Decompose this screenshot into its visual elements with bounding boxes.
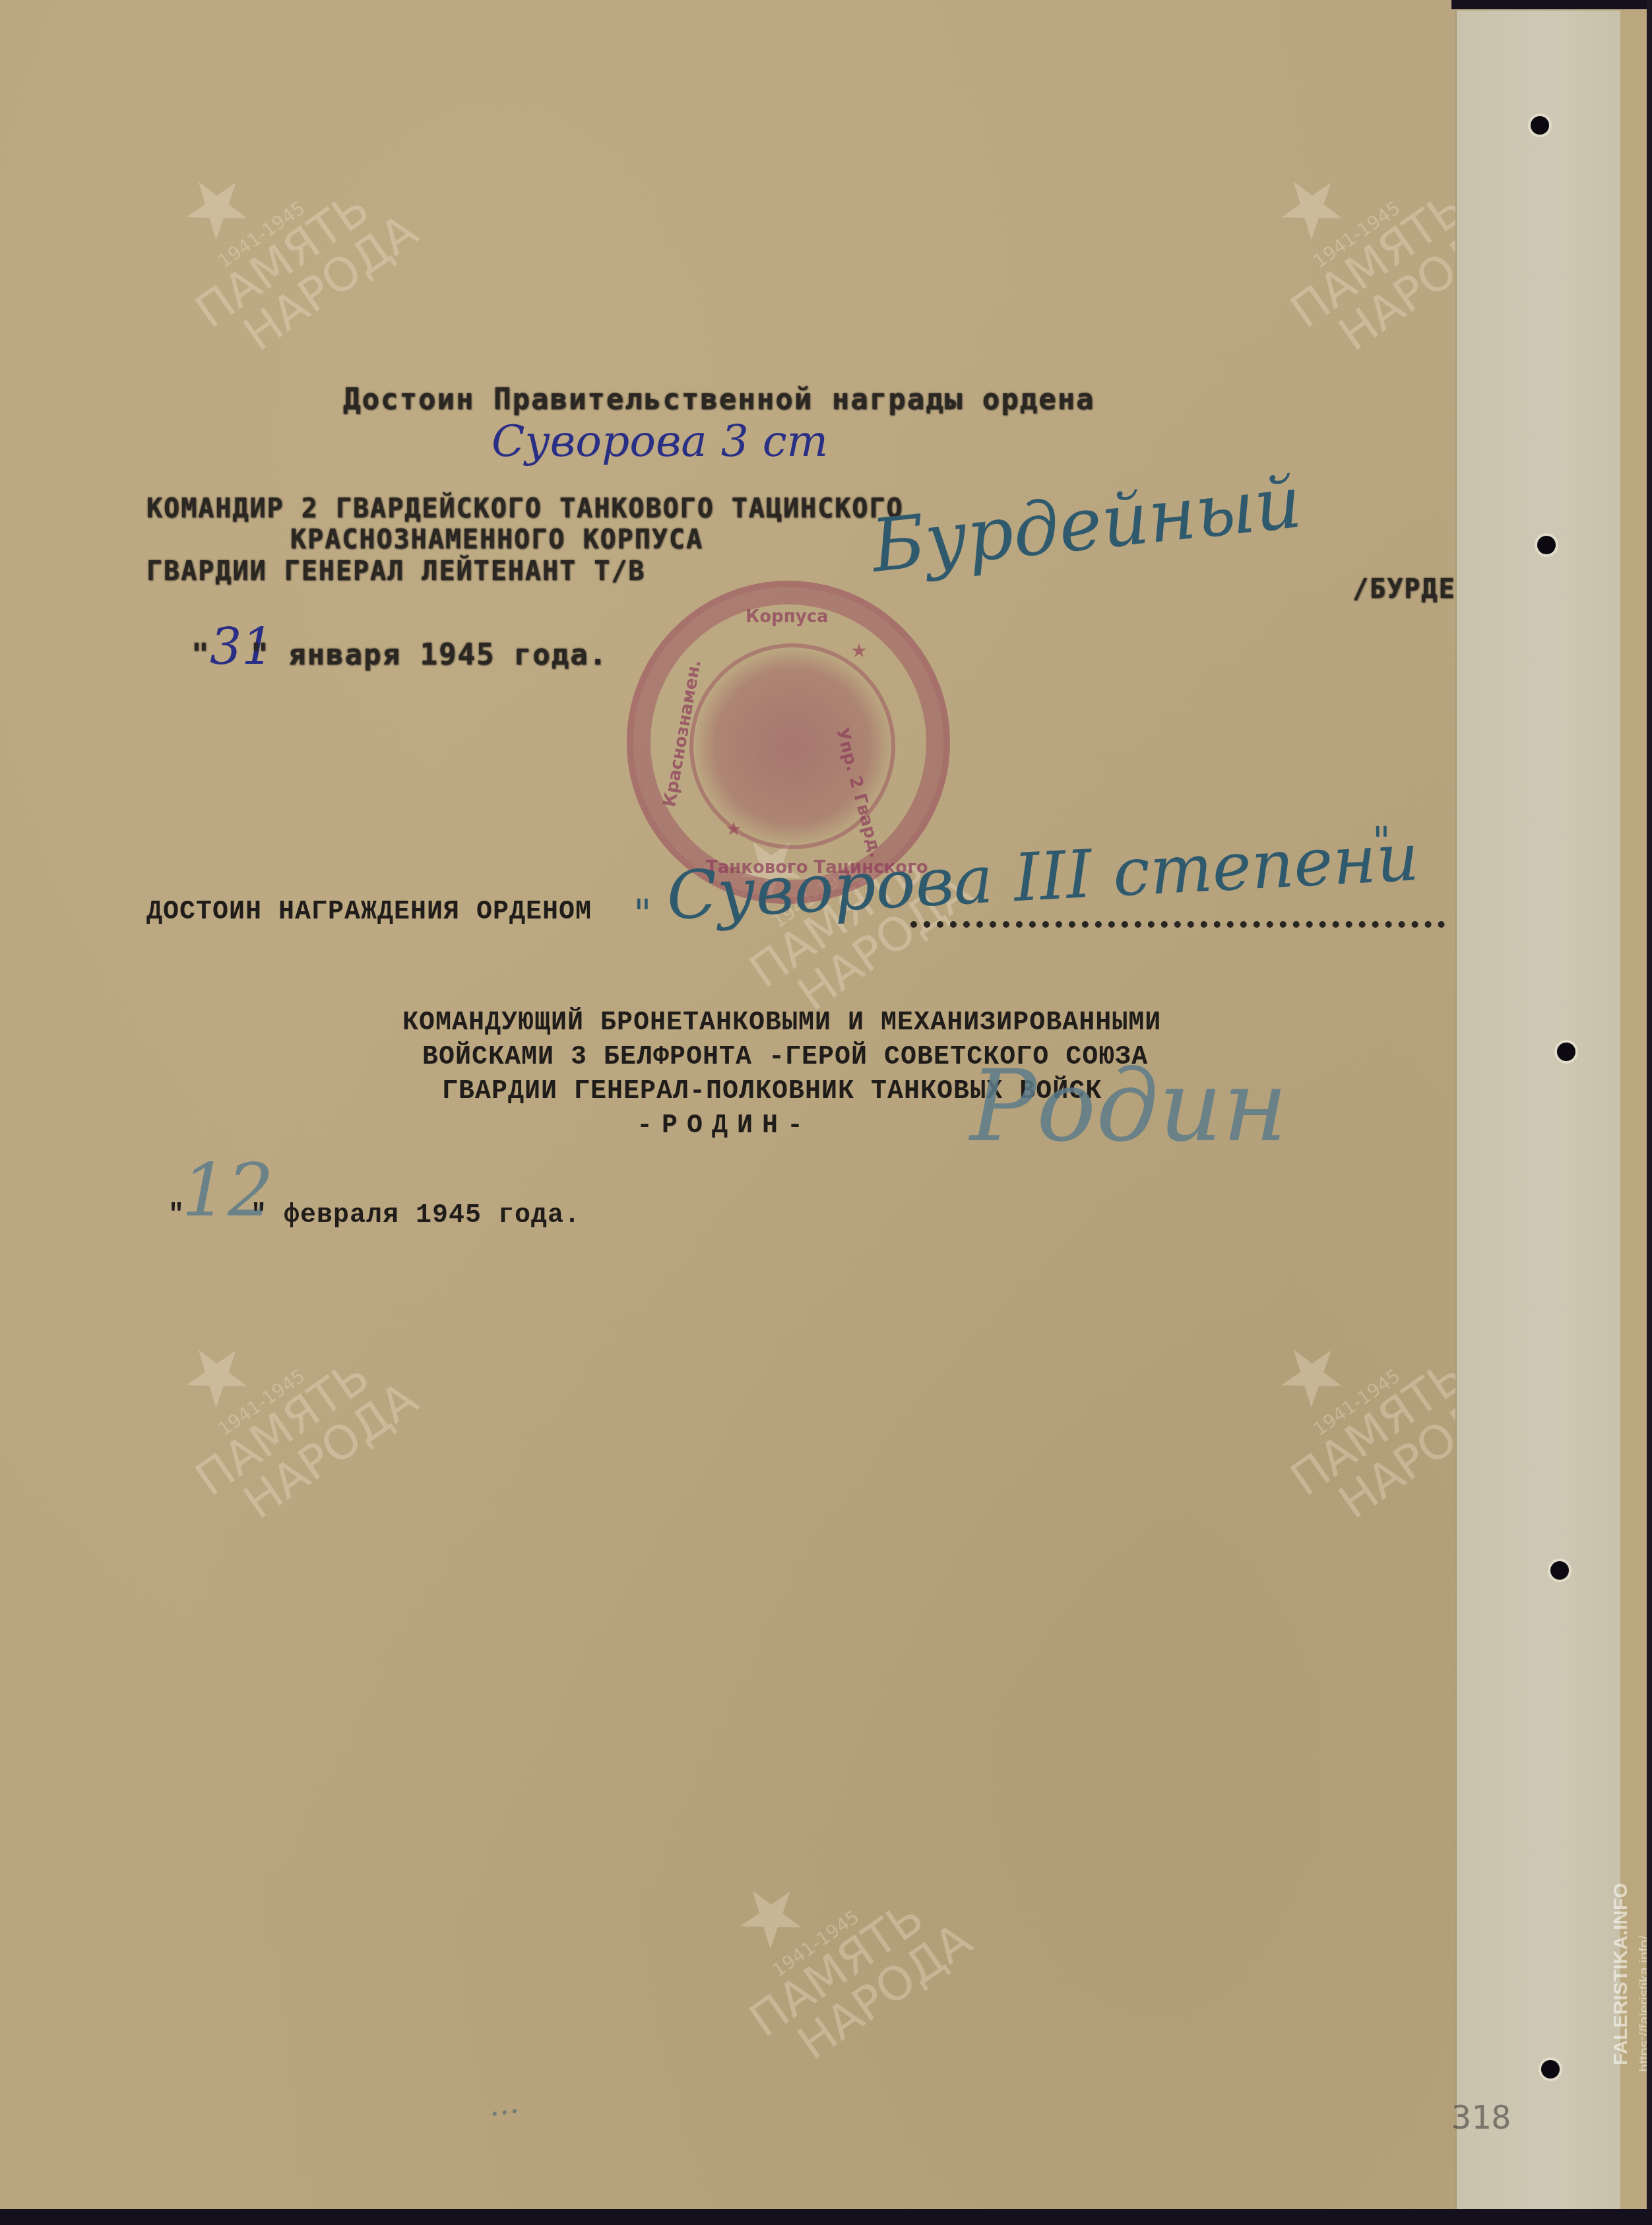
punch-hole (1531, 116, 1549, 135)
front-commander-signature: Родин (970, 1049, 1288, 1164)
star-icon: ★ (726, 812, 742, 842)
archive-number: 318 (1451, 2098, 1511, 2137)
commander-line-2: КРАСНОЗНАМЕННОГО КОРПУСА (290, 525, 703, 555)
commander-line-3: ГВАРДИИ ГЕНЕРАЛ ЛЕЙТЕНАНТ Т/В (146, 556, 645, 587)
punch-hole (1541, 2060, 1560, 2079)
punch-hole (1537, 536, 1556, 554)
scan-edge-top (1451, 0, 1652, 9)
source-watermark: FALERISTIKA.INFO (1610, 1883, 1632, 2065)
punch-hole (1550, 1561, 1569, 1580)
scan-edge-right (1647, 0, 1652, 2209)
award-dotted-line (910, 921, 1445, 928)
binding-strip-edge (1620, 11, 1647, 2209)
binding-strip (1455, 11, 1648, 2209)
award-line-label: ДОСТОИН НАГРАЖДЕНИЯ ОРДЕНОМ (146, 897, 592, 927)
star-icon: ★ (851, 633, 867, 664)
commander-line-1: КОМАНДИР 2 ГВАРДЕЙСКОГО ТАНКОВОГО ТАЦИНС… (146, 494, 904, 524)
watermark-top-left: ★ 1941-1945 ПАМЯТЬ НАРОДА (132, 89, 425, 373)
front-commander-line-4: -РОДИН- (637, 1111, 812, 1141)
front-commander-line-1: КОМАНДУЮЩИЙ БРОНЕТАНКОВЫМИ И МЕХАНИЗИРОВ… (402, 1008, 1161, 1038)
commander-signature: Бурдейный (868, 459, 1305, 589)
watermark-mid-left: ★ 1941-1945 ПАМЯТЬ НАРОДА (132, 1257, 425, 1541)
bottom-handwritten-note: ... (486, 2083, 521, 2124)
award-header: Достоин Правительственной награды ордена (343, 383, 1095, 416)
header-handwritten-order: Суворова 3 ст (492, 416, 828, 467)
watermark-bottom: ★ 1941-1945 ПАМЯТЬ НАРОДА (686, 1798, 979, 2082)
document-page: ★ 1941-1945 ПАМЯТЬ НАРОДА ★ 1941-1945 ПА… (0, 0, 1652, 2209)
punch-hole (1557, 1043, 1575, 1061)
